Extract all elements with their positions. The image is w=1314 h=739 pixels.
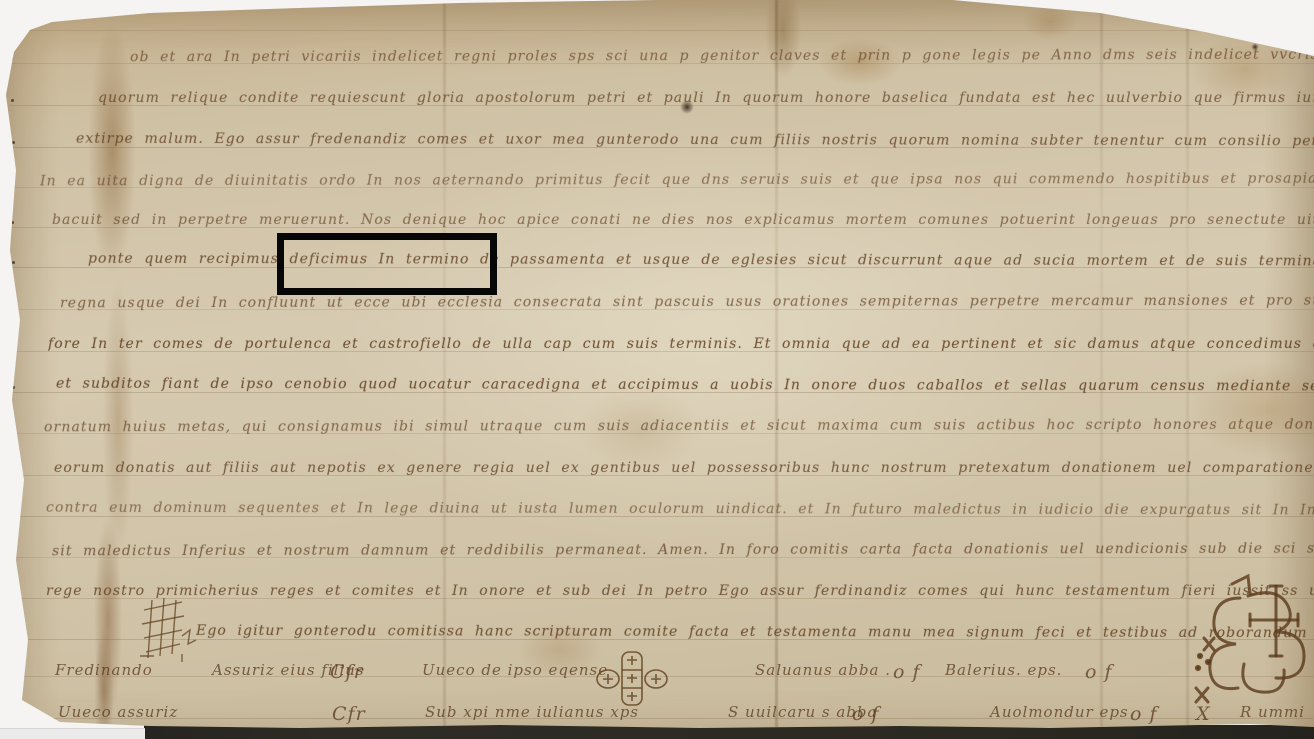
pricking-dot [10,303,13,306]
manuscript-line: ponte quem recipimus deficimus In termin… [88,251,1314,270]
manuscript-line: eorum donatis aut filiis aut nepotis ex … [54,460,1314,476]
pricking-dot [11,670,14,673]
signature-row1: Saluanus abba . [755,661,891,679]
signature-row2: o f [1130,703,1158,725]
pricking-dot [11,469,14,472]
signature-row1: Balerius. eps. [945,661,1062,679]
signature-row2: Auolmondur eps [990,703,1129,721]
pricking-dot [11,99,14,102]
manuscript-line: ornatum huius metas, qui consignamus ibi… [44,417,1314,436]
quincunx-signum-icon [596,650,668,708]
signature-row1: Uueco de ipso eqense [422,661,608,679]
pricking-dot [12,712,15,715]
manuscript-line: et subditos fiant de ipso cenobio quod u… [56,376,1314,395]
manuscript-line: bacuit sed in perpetre meruerunt. Nos de… [52,212,1314,228]
manuscript-line: extirpe malum. Ego assur fredenandiz com… [76,131,1314,150]
pricking-dot [12,510,15,513]
manuscript-line: rege nostro primicherius reges et comite… [46,583,1314,599]
manuscript-line: contra eum dominum sequentes et In lege … [46,500,1314,519]
pricking-dot [12,633,15,636]
pricking-dot [12,141,15,144]
pricking-dot [10,551,13,554]
pricking-dot [12,261,15,264]
bottom-left-strip [0,728,145,739]
pricking-dot [11,345,14,348]
manuscript-line: Ego igitur gonterodu comitissa hanc scri… [196,623,1314,641]
signature-row1: o f [893,661,921,683]
witness-scribble-icon [138,596,198,662]
signature-row1: o f [1085,661,1113,683]
manuscript-line: ob et ara In petri vicariis indelicet re… [130,47,1314,65]
pricking-dot [10,181,13,184]
signature-row2: o f [852,703,880,725]
parchment-document: ob et ara In petri vicariis indelicet re… [0,0,1314,739]
royal-monogram-icon [1188,572,1314,712]
manuscript-line: fore In ter comes de portulenca et castr… [48,336,1314,352]
signature-row1: Cfr [330,661,364,683]
manuscript-line: quorum relique condite requiescunt glori… [98,90,1314,106]
signature-row1: Fredinando [55,661,153,679]
pricking-dot [10,427,13,430]
manuscript-line: sit maledictus Inferius et nostrum damnu… [52,541,1314,560]
signature-row2: Cfr [332,703,366,725]
pricking-dot [12,386,15,389]
screenshot-canvas: ob et ara In petri vicariis indelicet re… [0,0,1314,739]
fold-crease [443,0,446,728]
manuscript-line: In ea uita digna de diuinitatis ordo In … [40,171,1314,190]
pricking-dot [11,592,14,595]
manuscript-line: regna usque dei In confluunt ut ecce ubi… [60,293,1314,312]
fold-crease [1100,0,1103,728]
fold-crease [775,0,778,728]
pricking-dot [11,221,14,224]
signature-row2: Uueco assuriz [58,703,178,721]
highlight-box [277,233,497,295]
ruled-line [10,30,1314,31]
pricking-dot [10,57,13,60]
